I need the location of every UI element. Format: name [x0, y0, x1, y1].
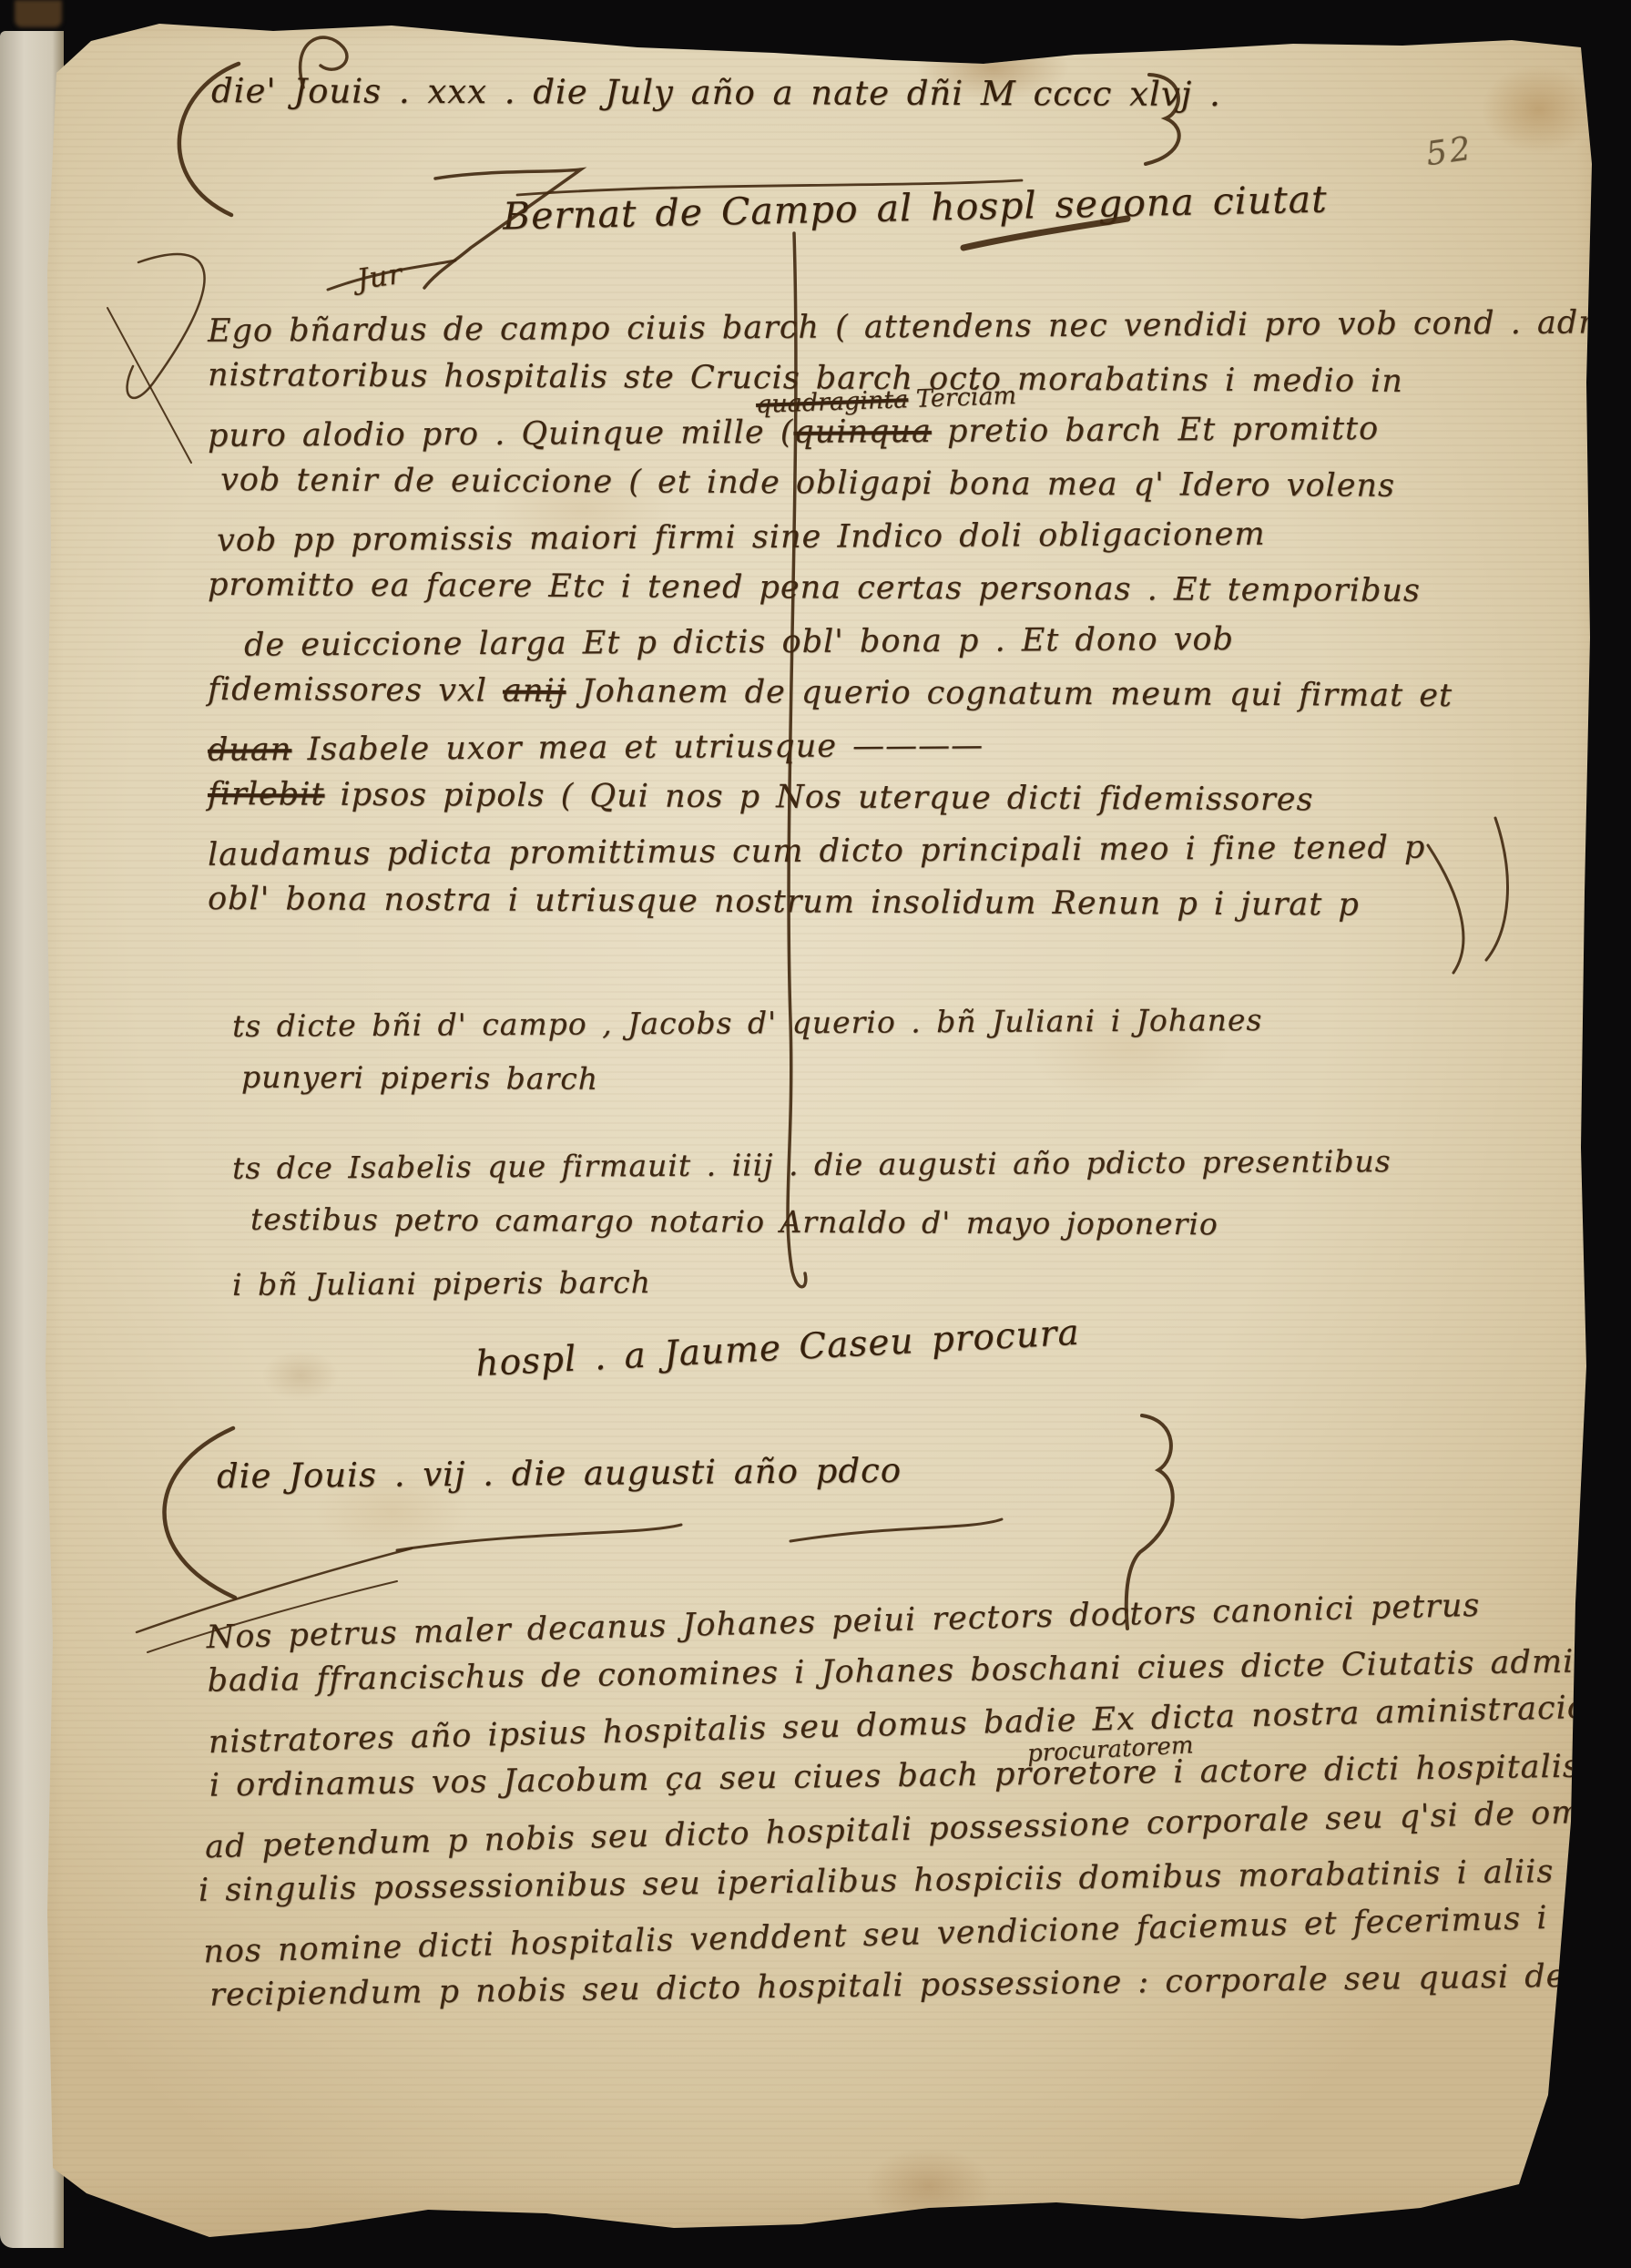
margin-slash-1 — [127, 254, 205, 398]
text-segment: testibus petro camargo notario Arnaldo d… — [250, 1201, 1218, 1242]
manuscript-line: punyeri piperis barch — [241, 1048, 1391, 1113]
text-segment: ts dce Isabelis que firmauit . iiij . di… — [232, 1143, 1391, 1186]
binding-scrap — [15, 0, 62, 27]
photograph-background: 52 die' Jouis . xxx . die July año a nat… — [0, 0, 1631, 2268]
margin-note-jur: Jur — [355, 258, 405, 297]
record1-date-heading: die' Jouis . xxx . die July año a nate d… — [211, 71, 1221, 114]
struck-text: anij — [503, 672, 566, 709]
manuscript-line: i bñ Juliani piperis barch — [232, 1249, 1391, 1314]
struck-text: duan — [208, 731, 292, 769]
text-segment: obl' bona nostra i utriusque nostrum ins… — [208, 880, 1360, 923]
text-segment: pretio barch Et promitto — [932, 411, 1379, 450]
manuscript-line: laudamus pdicta promittimus cum dicto pr… — [208, 821, 1621, 882]
record1-witness-block: ts dicte bñi d' campo , Jacobs d' querio… — [232, 993, 1391, 1310]
text-segment: i bñ Juliani piperis barch — [232, 1264, 651, 1303]
manuscript-line: fidemissores vxl anij Johanem de querio … — [208, 663, 1621, 723]
text-segment: ipsos pipols ( Qui nos p Nos uterque dic… — [324, 776, 1313, 818]
text-segment: laudamus pdicta promittimus cum dicto pr… — [208, 830, 1426, 873]
text-segment: vob pp promissis maiori firmi sine Indic… — [217, 516, 1266, 559]
manuscript-line: de euiccione larga Et p dictis obl' bona… — [244, 611, 1621, 672]
manuscript-line: ts dce Isabelis que firmauit . iiij . di… — [232, 1132, 1391, 1198]
record2-date-heading: die Jouis . vij . die augusti año pdco — [217, 1451, 902, 1497]
manuscript-line: obl' bona nostra i utriusque nostrum ins… — [208, 873, 1621, 933]
record2-body: Nos petrus maler decanus Johanes peiui r… — [206, 1578, 1631, 2026]
struck-text: firlebit — [208, 775, 325, 812]
folio-number: 52 — [1423, 130, 1475, 174]
text-segment: fidemissores vxl — [208, 670, 503, 709]
manuscript-line: vob pp promissis maiori firmi sine Indic… — [217, 506, 1621, 567]
text-segment: punyeri piperis barch — [241, 1059, 598, 1097]
manuscript-line: firlebit ipsos pipols ( Qui nos p Nos ut… — [208, 768, 1621, 828]
text-segment: Terciam — [908, 382, 1017, 414]
manuscript-line: testibus petro camargo notario Arnaldo d… — [250, 1190, 1391, 1255]
date-underline-flourish-2 — [790, 1519, 1002, 1541]
text-segment: Johanem de querio cognatum meum qui firm… — [566, 672, 1453, 713]
record1-entry-title: Bernat de Campo al hospl segona ciutat — [503, 178, 1328, 239]
manuscript-line: vob tenir de euiccione ( et inde obligap… — [220, 454, 1621, 514]
text-segment: Isabele uxor mea et utriusque ———— — [291, 728, 984, 769]
manuscript-page: 52 die' Jouis . xxx . die July año a nat… — [0, 0, 1631, 2268]
opening-bracket-2 — [164, 1428, 235, 1598]
text-segment: ts dicte bñi d' campo , Jacobs d' querio… — [232, 1002, 1263, 1044]
text-segment: promitto ea facere Etc i tened pena cert… — [208, 566, 1421, 608]
manuscript-line: promitto ea facere Etc i tened pena cert… — [208, 558, 1621, 618]
date-underline-flourish-1 — [397, 1525, 681, 1550]
struck-text: quinqua — [793, 414, 932, 451]
manuscript-line: Ego bñardus de campo ciuis barch ( atten… — [208, 297, 1621, 358]
text-segment: de euiccione larga Et p dictis obl' bona… — [244, 621, 1234, 664]
text-segment: vob tenir de euiccione ( et inde obligap… — [220, 461, 1395, 504]
record2-entry-title: hospl . a Jaume Caseu procura — [474, 1313, 1080, 1385]
struck-text: quadraginta — [756, 385, 909, 419]
text-segment: puro alodio pro . Quinque mille ( — [208, 414, 794, 455]
manuscript-line: ts dicte bñi d' campo , Jacobs d' querio… — [232, 990, 1391, 1056]
text-segment: Ego bñardus de campo ciuis barch ( atten… — [208, 304, 1621, 349]
margin-slash-2 — [107, 308, 191, 463]
manuscript-line: duan Isabele uxor mea et utriusque ———— — [208, 716, 1621, 777]
